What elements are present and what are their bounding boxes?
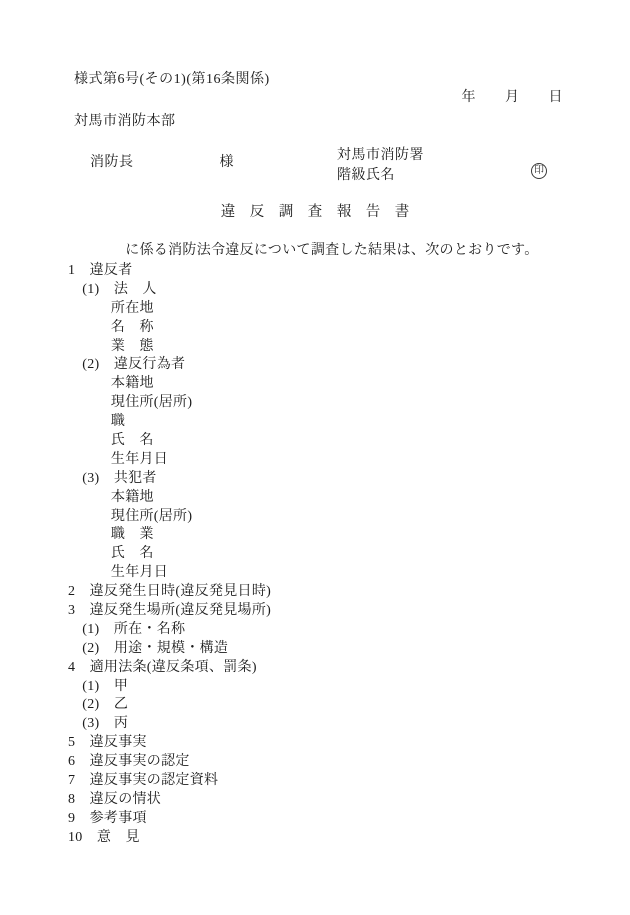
- form-line: 氏 名: [68, 545, 271, 564]
- seal-stamp-label: 印: [534, 166, 544, 176]
- addressee-line: 消防長様: [74, 133, 234, 193]
- form-line: 9 参考事項: [68, 810, 271, 829]
- form-line: 現住所(居所): [68, 508, 271, 527]
- form-line: 職: [68, 413, 271, 432]
- sender-org: 対馬市消防署: [337, 146, 424, 166]
- form-line: 現住所(居所): [68, 394, 271, 413]
- form-line: 10 意 見: [68, 829, 271, 848]
- document-page: 様式第6号(その1)(第16条関係) 年 月 日 対馬市消防本部 消防長様 対馬…: [0, 0, 630, 915]
- form-line: (1) 所在・名称: [68, 621, 271, 640]
- form-line: (2) 用途・規模・構造: [68, 640, 271, 659]
- intro-line: に係る消防法令違反について調査した結果は、次のとおりです。: [68, 241, 539, 261]
- form-line: 職 業: [68, 526, 271, 545]
- form-line: (3) 丙: [68, 715, 271, 734]
- form-line: 3 違反発生場所(違反発見場所): [68, 602, 271, 621]
- form-line: 名 称: [68, 319, 271, 338]
- form-line: 本籍地: [68, 375, 271, 394]
- form-line: 4 適用法条(違反条項、罰条): [68, 659, 271, 678]
- form-line: 業 態: [68, 338, 271, 357]
- form-line: 生年月日: [68, 451, 271, 470]
- form-line: (2) 乙: [68, 696, 271, 715]
- form-line: (3) 共犯者: [68, 470, 271, 489]
- form-line: 所在地: [68, 300, 271, 319]
- form-line: 1 違反者: [68, 262, 271, 281]
- seal-stamp-icon: 印: [531, 163, 547, 179]
- form-line: (1) 甲: [68, 678, 271, 697]
- form-line: 生年月日: [68, 564, 271, 583]
- violation-report-list: 1 違反者 (1) 法 人 所在地 名 称 業 態 (2) 違反行為者 本籍地 …: [68, 262, 271, 848]
- form-line: 本籍地: [68, 489, 271, 508]
- form-line: 8 違反の情状: [68, 791, 271, 810]
- form-line: 5 違反事実: [68, 734, 271, 753]
- sender-name-label: 階級氏名: [337, 166, 395, 186]
- honorific: 様: [220, 155, 235, 170]
- form-line: 氏 名: [68, 432, 271, 451]
- form-line: 7 違反事実の認定資料: [68, 772, 271, 791]
- document-title: 違 反 調 査 報 告 書: [0, 202, 630, 222]
- form-line: (1) 法 人: [68, 281, 271, 300]
- form-line: 2 違反発生日時(違反発見日時): [68, 583, 271, 602]
- date-line: 年 月 日: [462, 88, 564, 108]
- form-line: 6 違反事実の認定: [68, 753, 271, 772]
- form-number: 様式第6号(その1)(第16条関係): [74, 70, 270, 90]
- addressee-org: 対馬市消防本部: [74, 112, 176, 132]
- addressee-title: 消防長: [90, 155, 134, 170]
- form-line: (2) 違反行為者: [68, 356, 271, 375]
